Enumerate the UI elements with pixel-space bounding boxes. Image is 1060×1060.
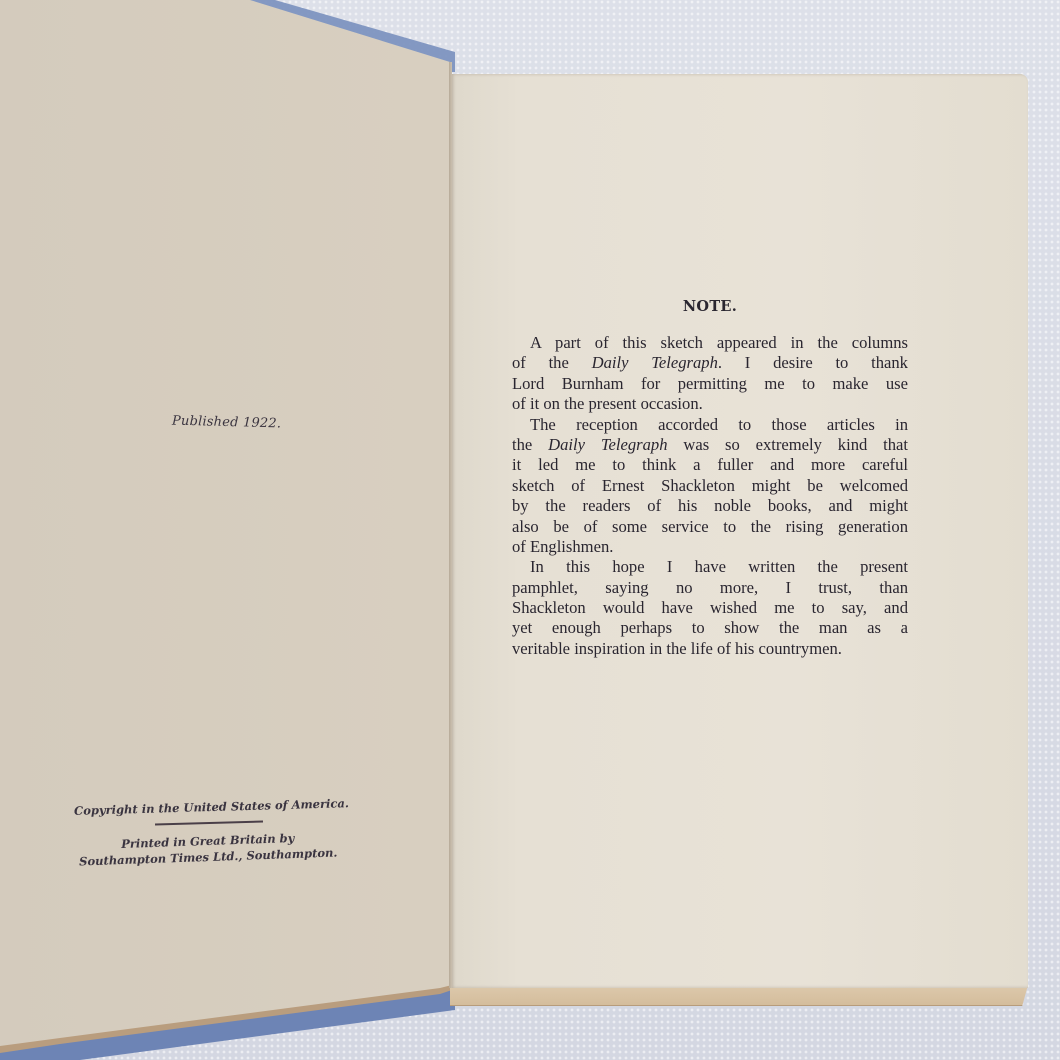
text-line: the Daily Telegraph was so extremely kin… bbox=[512, 435, 908, 455]
note-paragraph: A part of this sketch appeared in the co… bbox=[512, 333, 908, 415]
text-line: Shackleton would have wished me to say, … bbox=[512, 598, 908, 618]
text-line: veritable inspiration in the life of his… bbox=[512, 639, 908, 659]
text-line: also be of some service to the rising ge… bbox=[512, 517, 908, 537]
page-block-edge bbox=[450, 985, 1028, 1006]
text-line: of Englishmen. bbox=[512, 537, 908, 557]
photo-scene: Published 1922. Copyright in the United … bbox=[0, 0, 1060, 1060]
text-line: of the Daily Telegraph. I desire to than… bbox=[512, 353, 908, 373]
text-line: of it on the present occasion. bbox=[512, 394, 908, 414]
text-line: it led me to think a fuller and more car… bbox=[512, 455, 908, 475]
text-line: A part of this sketch appeared in the co… bbox=[512, 333, 908, 353]
italic-title: Daily Telegraph bbox=[548, 435, 667, 454]
text-line: pamphlet, saying no more, I trust, than bbox=[512, 578, 908, 598]
note-paragraph: In this hope I have written the presentp… bbox=[512, 557, 908, 659]
note-body: A part of this sketch appeared in the co… bbox=[512, 333, 908, 659]
note-paragraph: The reception accorded to those articles… bbox=[512, 415, 908, 558]
text-line: In this hope I have written the present bbox=[512, 557, 908, 577]
text-line: by the readers of his noble books, and m… bbox=[512, 496, 908, 516]
text-line: yet enough perhaps to show the man as a bbox=[512, 618, 908, 638]
published-date: Published 1922. bbox=[172, 414, 282, 432]
note-heading: NOTE. bbox=[512, 298, 908, 315]
text-line: sketch of Ernest Shackleton might be wel… bbox=[512, 476, 908, 496]
book-gutter bbox=[449, 62, 452, 988]
italic-title: Daily Telegraph bbox=[592, 353, 718, 372]
text-line: The reception accorded to those articles… bbox=[512, 415, 908, 435]
text-line: Lord Burnham for permitting me to make u… bbox=[512, 374, 908, 394]
